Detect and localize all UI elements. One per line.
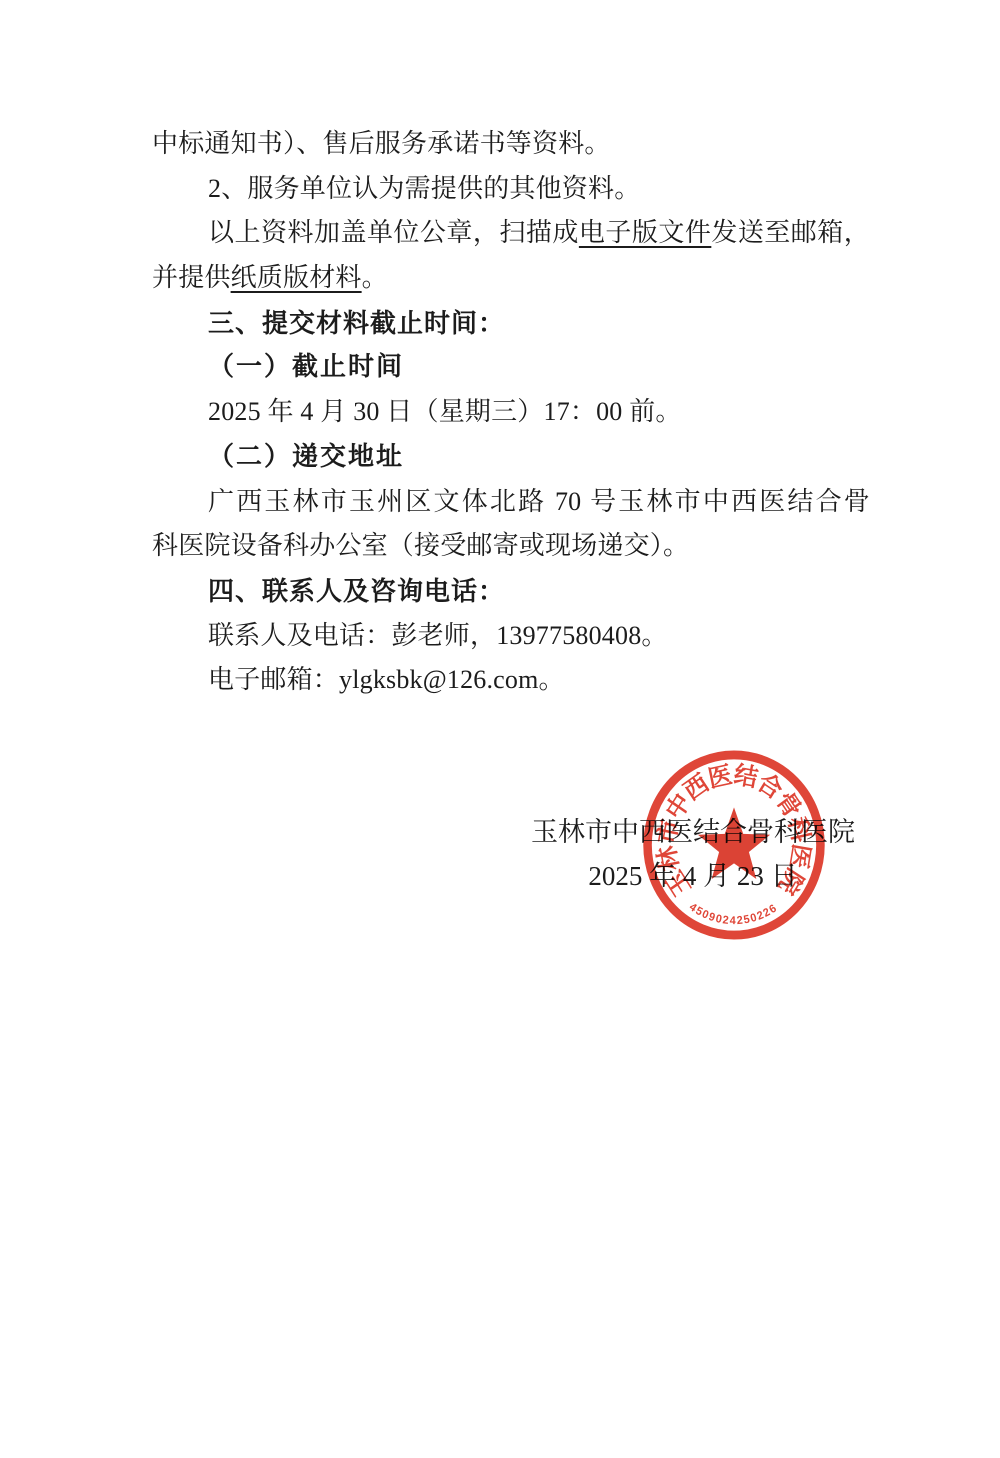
text-segment: 科医院设备科办公室（接受邮寄或现场递交）。 (152, 531, 689, 560)
text-line: 电子邮箱：ylgksbk@126.com。 (152, 658, 870, 703)
text-segment: （一）截止时间 (208, 352, 404, 381)
seal-graphic: 玉林市中西医结合骨科医院 4509024250226 (639, 746, 829, 944)
text-segment: 联系人及电话：彭老师，13977580408。 (208, 621, 668, 650)
text-segment: 发送至邮箱， (711, 218, 870, 247)
text-segment: 广西玉林市玉州区文体北路 70 号玉林市中西医结合骨 (208, 487, 870, 516)
section-heading: （二）递交地址 (152, 435, 870, 480)
official-seal: 玉林市中西医结合骨科医院 4509024250226 (639, 746, 829, 944)
text-line: 2、服务单位认为需提供的其他资料。 (152, 167, 870, 212)
text-segment: 四、联系人及咨询电话： (208, 576, 505, 606)
text-segment: 以上资料加盖单位公章，扫描成 (208, 218, 579, 247)
text-line: 2025 年 4 月 30 日（星期三）17：00 前。 (152, 390, 870, 435)
text-line: 广西玉林市玉州区文体北路 70 号玉林市中西医结合骨 (152, 480, 870, 525)
document-page: 中标通知书）、售后服务承诺书等资料。2、服务单位认为需提供的其他资料。以上资料加… (0, 0, 1000, 1458)
text-segment: 三、提交材料截止时间： (208, 308, 505, 338)
seal-star (698, 807, 770, 879)
text-segment: 2、服务单位认为需提供的其他资料。 (208, 174, 640, 203)
text-line: 联系人及电话：彭老师，13977580408。 (152, 614, 870, 659)
document-body: 中标通知书）、售后服务承诺书等资料。2、服务单位认为需提供的其他资料。以上资料加… (152, 122, 870, 703)
text-line: 并提供纸质版材料。 (152, 256, 870, 301)
text-segment: 。 (362, 263, 388, 292)
section-heading: （一）截止时间 (152, 345, 870, 390)
text-segment: 并提供 (152, 263, 231, 292)
section-heading: 三、提交材料截止时间： (152, 301, 870, 346)
text-line: 以上资料加盖单位公章，扫描成电子版文件发送至邮箱， (152, 211, 870, 256)
text-segment: 电子邮箱：ylgksbk@126.com。 (208, 665, 565, 694)
text-line: 中标通知书）、售后服务承诺书等资料。 (152, 122, 870, 167)
underlined-text: 纸质版材料 (231, 263, 362, 292)
text-segment: 中标通知书）、售后服务承诺书等资料。 (152, 129, 611, 158)
text-segment: 2025 年 4 月 30 日（星期三）17：00 前。 (208, 397, 682, 426)
text-segment: （二）递交地址 (208, 442, 404, 471)
section-heading: 四、联系人及咨询电话： (152, 569, 870, 614)
underlined-text: 电子版文件 (579, 218, 711, 247)
text-line: 科医院设备科办公室（接受邮寄或现场递交）。 (152, 524, 870, 569)
seal-serial-number: 4509024250226 (687, 901, 779, 927)
